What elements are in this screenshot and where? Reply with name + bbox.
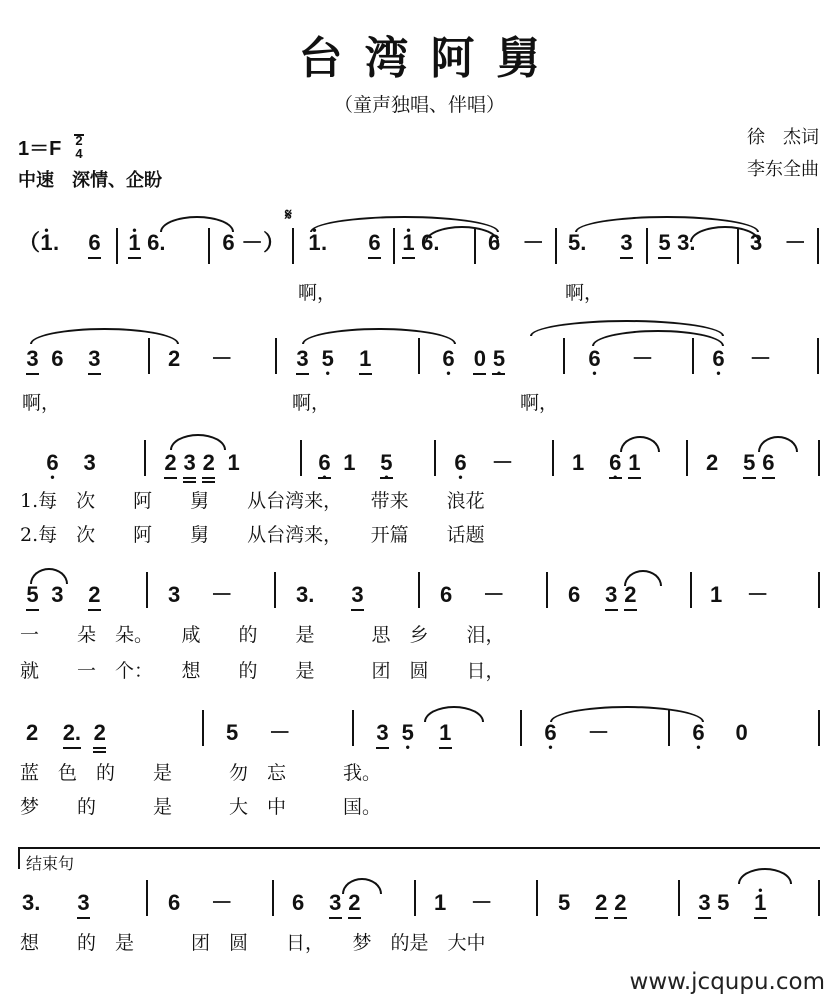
lyric: 啊， — [292, 388, 330, 415]
notation-segment: 6• － — [712, 348, 771, 370]
barline — [668, 710, 670, 746]
barline — [818, 572, 820, 608]
barline — [692, 338, 694, 374]
notation-segment: 6 － — [440, 584, 505, 606]
notation-segment: 6• － — [544, 722, 610, 744]
notation-segment: 3 － — [750, 232, 806, 254]
barline — [690, 572, 692, 608]
ending-label: 结束句 — [26, 851, 74, 874]
barline — [552, 440, 554, 476]
notation-segment: 6 －） — [222, 232, 285, 254]
lyric-verse-2: 梦 的 是 大 中 国。 — [20, 792, 381, 819]
barline — [520, 710, 522, 746]
barline — [646, 228, 648, 264]
barline — [148, 338, 150, 374]
key-label: 1＝F — [18, 132, 61, 161]
barline — [146, 572, 148, 608]
composer: 李东全曲 — [747, 154, 819, 186]
notation-segment: 3. 3 — [22, 892, 90, 914]
notation-segment: 3 5• 1 — [296, 348, 372, 370]
barline — [144, 440, 146, 476]
barline — [563, 338, 565, 374]
barline — [817, 338, 819, 374]
watermark: www.jcqupu.com — [630, 969, 825, 995]
notation-segment: 5 － — [226, 722, 291, 744]
notation-segment: 1 － — [434, 892, 493, 914]
notation-segment: 6 3 2 — [292, 892, 361, 914]
barline — [414, 880, 416, 916]
slur — [302, 328, 456, 344]
notation-segment: 5 2 2 — [558, 892, 627, 914]
notation-segment: 6• － — [588, 348, 654, 370]
barline — [393, 228, 395, 264]
lyric: 想 的 是 团 圆 日， 梦 的是 大中 — [20, 928, 486, 955]
notation-segment: 6• 1 5• — [318, 452, 393, 474]
barline — [818, 880, 820, 916]
barline — [546, 572, 548, 608]
lyric-verse-2: 2.每 次 阿 舅 从台湾来， 开篇 话题 — [20, 520, 485, 547]
barline — [418, 572, 420, 608]
notation-segment: 1 － — [710, 584, 769, 606]
lyric: 啊， — [22, 388, 60, 415]
lyric: 啊， — [298, 278, 336, 305]
lyric-verse-1: 一 朵 朵。 咸 的 是 思 乡 泪， — [20, 620, 505, 647]
barline — [292, 228, 294, 264]
notation-segment: 5 3 2 — [26, 584, 101, 606]
time-sig-bottom: 4 — [75, 147, 82, 160]
notation-segment: 6• 0 — [692, 722, 748, 744]
lyric: 啊， — [565, 278, 603, 305]
barline — [146, 880, 148, 916]
credits: 徐 杰词 李东全曲 — [747, 122, 819, 186]
segno-icon: 𝄋 — [285, 205, 292, 225]
barline — [555, 228, 557, 264]
song-title: 台湾阿舅 — [0, 22, 839, 86]
song-subtitle: （童声独唱、伴唱） — [0, 90, 839, 117]
barline — [536, 880, 538, 916]
notation-segment: 5 3. — [658, 232, 695, 254]
barline — [352, 710, 354, 746]
lyric-verse-1: 1.每 次 阿 舅 从台湾来， 带来 浪花 — [20, 486, 485, 513]
barline — [275, 338, 277, 374]
note: 3 — [620, 232, 633, 254]
note: 6 — [88, 232, 101, 254]
notation-segment: 6• 3 — [46, 452, 96, 474]
notation-segment: 6 － — [488, 232, 544, 254]
note: 6 — [368, 232, 381, 254]
tempo-marking: 中速 深情、企盼 — [18, 166, 162, 192]
notation-segment: 3. 3 — [296, 584, 364, 606]
slur — [170, 434, 226, 450]
lyric: 啊， — [520, 388, 558, 415]
notation-segment: 2 3 2 1 — [164, 452, 240, 474]
barline — [418, 338, 420, 374]
barline — [208, 228, 210, 264]
barline — [817, 228, 819, 264]
barline — [678, 880, 680, 916]
barline — [818, 440, 820, 476]
notation-segment: 1 6. — [128, 232, 165, 254]
barline — [116, 228, 118, 264]
lyric-verse-2: 就 一 个： 想 的 是 团 圆 日， — [20, 656, 505, 683]
barline — [300, 440, 302, 476]
notation-segment: 6 3 2 — [568, 584, 637, 606]
notation-segment: 2 2. 2 — [26, 722, 106, 744]
notation-segment: 1. — [308, 232, 327, 254]
notation-segment: 6• 0 5• — [442, 348, 505, 370]
notation-segment: 2 5 6 — [706, 452, 775, 474]
notation-segment: 3 6 3 — [26, 348, 101, 370]
barline — [274, 572, 276, 608]
barline — [686, 440, 688, 476]
notation-segment: （1. — [18, 232, 59, 254]
ending-bracket — [18, 847, 820, 869]
barline — [737, 228, 739, 264]
notation-segment: 3 － — [168, 584, 233, 606]
time-signature: 2 4 — [75, 134, 82, 160]
notation-segment: 3 5• 1 — [376, 722, 452, 744]
barline — [818, 710, 820, 746]
notation-segment: 3 5 1 — [698, 892, 767, 914]
time-sig-bar — [74, 134, 84, 136]
notation-segment: 2 － — [168, 348, 233, 370]
key-signature: 1＝F 2 4 — [18, 132, 83, 161]
barline — [474, 228, 476, 264]
barline — [434, 440, 436, 476]
barline — [202, 710, 204, 746]
notation-segment: 6 － — [168, 892, 233, 914]
lyricist: 徐 杰词 — [747, 122, 819, 154]
barline — [272, 880, 274, 916]
lyric-verse-1: 蓝 色 的 是 勿 忘 我。 — [20, 758, 381, 785]
notation-segment: 1 6• 1 — [572, 452, 641, 474]
notation-segment: 6• － — [454, 452, 513, 474]
slur — [30, 328, 179, 344]
notation-segment: 5. — [568, 232, 586, 254]
